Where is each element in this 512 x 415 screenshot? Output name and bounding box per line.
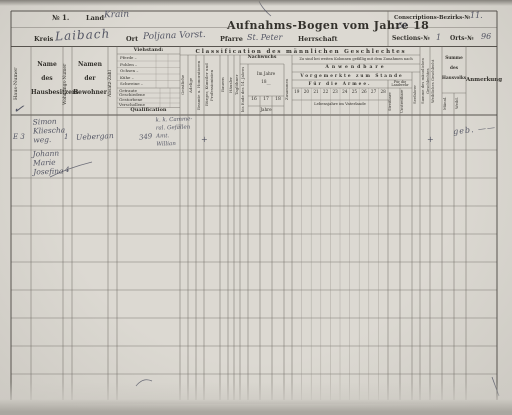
youth-years-caption: Jahre bbox=[248, 108, 284, 113]
civil-status-rows: Getraute Geschiedene Gestorbene Verschol… bbox=[119, 89, 161, 108]
army-age-27: 27 bbox=[369, 90, 379, 95]
household-sum-female: Weibl. bbox=[454, 93, 466, 114]
sheet-number: № 1. bbox=[52, 14, 69, 22]
form-title-year: 50 bbox=[398, 22, 407, 30]
registered-for-service-header: Vorgemerkte zum Stande bbox=[293, 74, 411, 79]
landwehr-header: Für die Landwehr bbox=[388, 81, 412, 88]
group-clergy: Geistliche bbox=[180, 57, 188, 113]
column-owner-name: Name des Hausbesitzers bbox=[31, 58, 63, 100]
classification-title: Classification des männlichen Geschlecht… bbox=[182, 49, 420, 55]
column-dwelling-number: Wohnungs-Numer bbox=[63, 55, 72, 113]
youth-sum-column: Zusammen bbox=[284, 64, 292, 114]
entry-house-number: E 3 bbox=[13, 133, 25, 141]
landwehr-unfit-column: Unstreitbare bbox=[400, 89, 412, 114]
scan-edge-bottom bbox=[0, 399, 512, 415]
entry-dwelling-2: 4 bbox=[65, 166, 69, 174]
army-age-21: 21 bbox=[311, 90, 321, 95]
household-sum-male: Männl. bbox=[442, 93, 454, 114]
entry-plus-mark-2: + bbox=[427, 135, 434, 144]
youth-year-18: 18 bbox=[272, 98, 284, 103]
group-burghers-artists: Bürger, Künstler und Professionisten bbox=[204, 57, 220, 113]
pfarre-label: Pfarre bbox=[220, 36, 243, 43]
entry-plus-mark-1: + bbox=[201, 135, 208, 144]
army-age-23: 23 bbox=[330, 90, 340, 95]
orts-label: Orts-№ bbox=[450, 36, 474, 43]
youth-year-cell: Im Jahre 18__ bbox=[248, 70, 284, 86]
army-age-20: 20 bbox=[302, 90, 312, 95]
youth-year-16: 16 bbox=[248, 98, 260, 103]
youth-under-14: bis Ende des 14. Jahres bbox=[240, 64, 248, 114]
checkmark-annotation: ✓ bbox=[12, 101, 25, 117]
entry-owner-2: Johann Marie Josefina bbox=[33, 148, 64, 176]
pfarre-value: St. Peter bbox=[247, 33, 282, 42]
applicable-header: Anwendbare bbox=[293, 66, 419, 71]
scan-edge-top bbox=[0, 0, 512, 6]
column-inhabitants: Namen der Bewohner bbox=[72, 58, 108, 100]
army-age-24: 24 bbox=[340, 90, 350, 95]
male-sum-column: Summe des männlichen Geschlechtes bbox=[420, 49, 430, 113]
orts-value: 96 bbox=[481, 32, 491, 41]
landwehr-fit-column: Streitbare bbox=[388, 89, 400, 114]
entry-dwelling-1: 1 bbox=[64, 133, 68, 141]
group-officials: Beamte u. Honoratioren bbox=[196, 57, 204, 113]
conscription-district-value: 11. bbox=[470, 11, 483, 20]
army-age-caption: Lebensjahre im Vaterlande bbox=[293, 102, 387, 106]
entry-qualification-1: k. k. Camme- ral. Gefällen Amt. Willian bbox=[155, 115, 193, 148]
household-sum-header: Summe des Hausvolks bbox=[442, 53, 466, 83]
group-farmers: Bauern bbox=[220, 57, 228, 113]
entry-owner-1: Simon Kliescha weg. bbox=[33, 116, 66, 144]
scanned-census-form: № 1. Land Krain Conscriptions-Bezirks-№ … bbox=[0, 0, 512, 415]
army-age-26: 26 bbox=[359, 90, 369, 95]
qualification-label: Qualification bbox=[117, 108, 180, 114]
army-age-22: 22 bbox=[321, 90, 331, 95]
classification-note: Zu sind bei weiten Kolonnen gefällig mit… bbox=[293, 58, 419, 62]
livestock-rows: Pferde – Fohlen – Ochsen – Kühe – Schwei… bbox=[120, 55, 160, 88]
kreis-value: Laibach bbox=[55, 27, 111, 44]
sections-value: 1 bbox=[436, 33, 441, 42]
kreis-label: Kreis bbox=[34, 36, 53, 43]
sections-label: Sections-№ bbox=[392, 36, 430, 43]
livestock-title: Viehstand: bbox=[117, 48, 180, 54]
female-sex-column: Weibliches Geschlecht bbox=[430, 49, 442, 113]
ort-label: Ort bbox=[126, 36, 138, 43]
seafarers-column: Seefahrer bbox=[412, 74, 420, 114]
group-nobility: Adelige bbox=[188, 57, 196, 113]
army-age-28: 28 bbox=[378, 90, 388, 95]
for-the-army-header: Für die Armee. bbox=[293, 82, 387, 87]
army-age-25: 25 bbox=[350, 90, 360, 95]
youth-block-title: Nachwuchs bbox=[240, 56, 284, 61]
land-label: Land bbox=[86, 15, 104, 22]
land-value: Krain bbox=[104, 10, 129, 21]
herrschaft-label: Herrschaft bbox=[298, 36, 337, 43]
remarks-column: Anmerkung bbox=[466, 77, 497, 83]
army-age-19: 19 bbox=[292, 90, 302, 95]
column-paragraph-number: Absatz-Zahl bbox=[108, 55, 117, 113]
youth-year-17: 17 bbox=[260, 98, 272, 103]
